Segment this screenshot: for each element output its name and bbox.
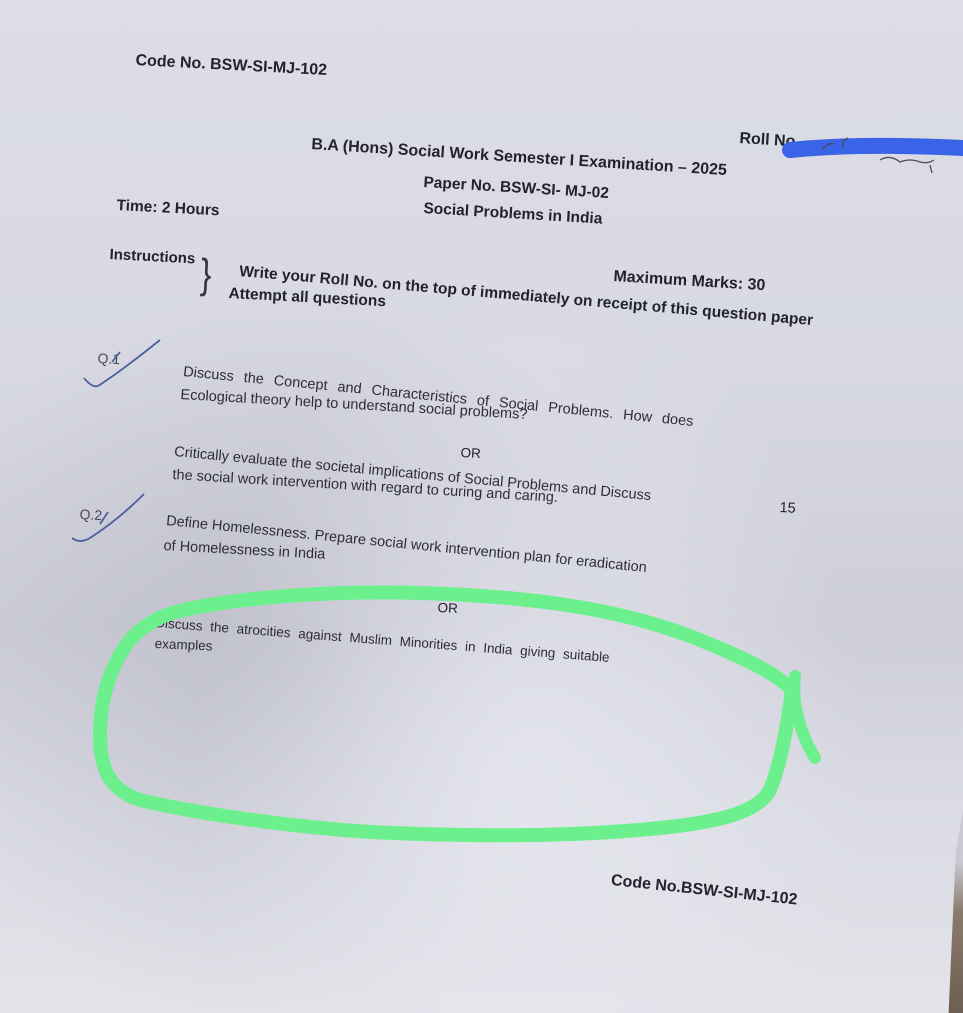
- subject-title: Social Problems in India: [423, 200, 603, 229]
- roll-number-label: Roll No: [739, 130, 796, 151]
- roll-number-handwriting: [822, 138, 934, 173]
- code-number-bottom: Code No.BSW-SI-MJ-102: [610, 872, 798, 909]
- instructions-label: Instructions: [109, 246, 196, 267]
- maximum-marks: Maximum Marks: 30: [613, 268, 766, 295]
- green-highlight-tail: [794, 676, 815, 758]
- exam-title: B.A (Hons) Social Work Semester I Examin…: [311, 136, 727, 180]
- instructions-brace: }: [199, 250, 212, 299]
- question-label: Q.1: [97, 350, 120, 367]
- exam-paper-photo: Code No. BSW-SI-MJ-102 B.A (Hons) Social…: [0, 0, 963, 1013]
- question-label: Q.2: [79, 506, 102, 523]
- or-separator: OR: [437, 600, 458, 616]
- highlighted-question-text: Discuss the atrocities against Muslim Mi…: [155, 615, 610, 665]
- roll-number-redaction: [790, 146, 963, 150]
- or-separator: OR: [460, 445, 481, 461]
- desk-background: [945, 0, 963, 1013]
- paper-number: Paper No. BSW-SI- MJ-02: [423, 174, 609, 203]
- highlighted-question-text: examples: [154, 636, 212, 654]
- question-marks: 15: [779, 500, 796, 517]
- exam-duration: Time: 2 Hours: [116, 197, 220, 220]
- checkmark-q1-icon: [84, 340, 160, 386]
- code-number-top: Code No. BSW-SI-MJ-102: [135, 52, 327, 80]
